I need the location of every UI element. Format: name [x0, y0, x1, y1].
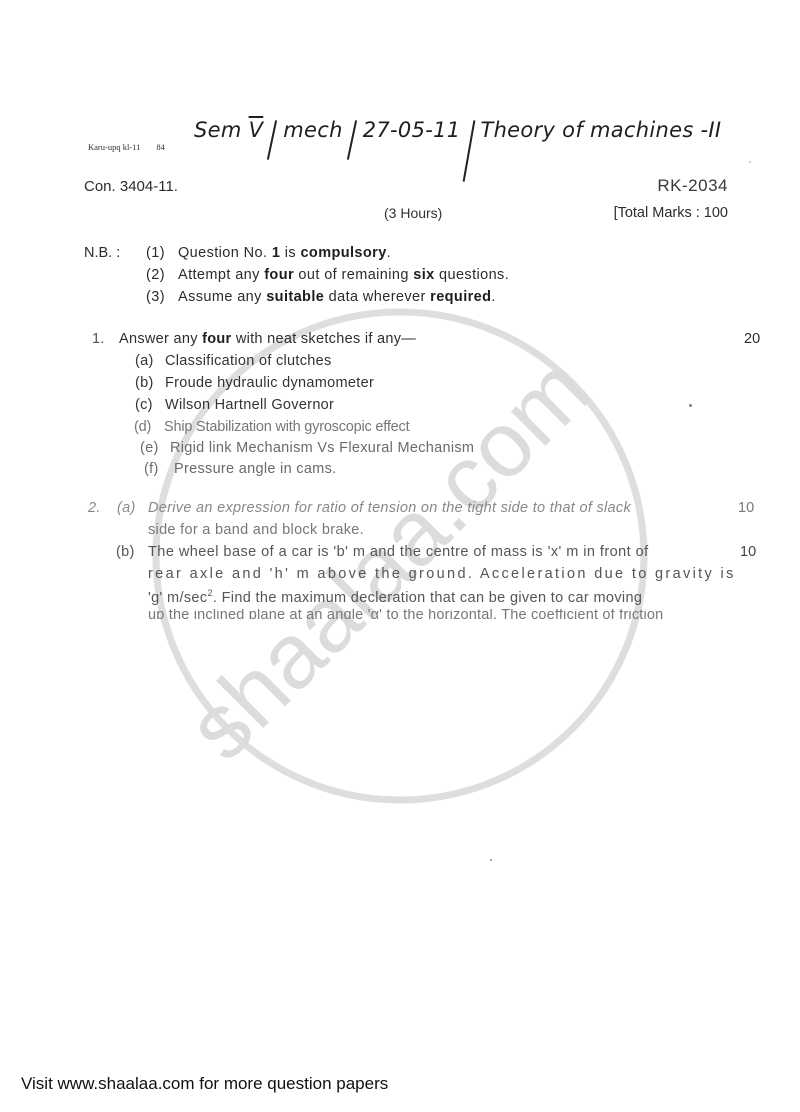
- paper-code: RK-2034: [657, 176, 728, 196]
- instruction-item: (1)Question No. 1 is compulsory.: [146, 245, 391, 261]
- question-2-number: 2.: [88, 500, 101, 516]
- question-1-part: (e)Rigid link Mechanism Vs Flexural Mech…: [140, 440, 474, 456]
- question-2b-index: (b): [116, 544, 135, 560]
- hand-semester: Sem V: [194, 118, 263, 142]
- part-text: Classification of clutches: [165, 353, 332, 369]
- question-2b-line-4-cropped: up the inclined plane at an angle 'α' to…: [148, 609, 738, 619]
- question-2b-line-2: rear axle and 'h' m above the ground. Ac…: [148, 566, 736, 582]
- scan-speck: [490, 859, 492, 861]
- part-text: Rigid link Mechanism Vs Flexural Mechani…: [170, 440, 474, 456]
- part-index: (f): [144, 461, 174, 477]
- question-2a-index: (a): [117, 500, 136, 516]
- instructions-label: N.B. :: [84, 245, 120, 261]
- part-index: (c): [135, 397, 165, 413]
- handwritten-annotation: Sem Vmech27-05-11Theory of machines -II: [194, 118, 725, 182]
- instruction-item: (2)Attempt any four out of remaining six…: [146, 267, 509, 283]
- code-number: 84: [156, 142, 165, 152]
- total-marks: [Total Marks : 100: [614, 205, 728, 221]
- question-1-part: (b)Froude hydraulic dynamometer: [135, 375, 374, 391]
- part-text: Pressure angle in cams.: [174, 461, 336, 477]
- document-code: Karu-upq kl-1184: [88, 142, 165, 152]
- hand-subject: Theory of machines -II: [480, 118, 721, 142]
- code-text: Karu-upq kl-11: [88, 142, 140, 152]
- question-1-part: (c)Wilson Hartnell Governor: [135, 397, 334, 413]
- hand-slash: [267, 120, 277, 160]
- scan-speck: [749, 161, 751, 163]
- instruction-index: (1): [146, 245, 178, 261]
- question-1-part: (a)Classification of clutches: [135, 353, 332, 369]
- question-2a-line-2: side for a band and block brake.: [148, 522, 364, 538]
- part-index: (a): [135, 353, 165, 369]
- hand-slash: [347, 120, 357, 160]
- question-1-part: (d)Ship Stabilization with gyroscopic ef…: [134, 419, 409, 435]
- part-text: Ship Stabilization with gyroscopic effec…: [164, 419, 409, 435]
- instruction-index: (2): [146, 267, 178, 283]
- hand-date: 27-05-11: [363, 118, 461, 142]
- con-number: Con. 3404-11.: [84, 178, 178, 195]
- part-index: (d): [134, 419, 164, 435]
- hand-slash: [463, 120, 476, 181]
- question-2b-line-3: 'g' m/sec2. Find the maximum decleration…: [148, 588, 642, 606]
- question-2a-marks: 10: [738, 500, 754, 516]
- instruction-index: (3): [146, 289, 178, 305]
- part-index: (b): [135, 375, 165, 391]
- scan-speck: [689, 404, 692, 407]
- question-2a-line-1: Derive an expression for ratio of tensio…: [148, 500, 631, 516]
- question-1-marks: 20: [744, 331, 760, 347]
- question-2b-marks: 10: [740, 544, 756, 560]
- question-2b-line-1: The wheel base of a car is 'b' m and the…: [148, 544, 649, 560]
- footer-link-text[interactable]: Visit www.shaalaa.com for more question …: [21, 1074, 388, 1094]
- part-index: (e): [140, 440, 170, 456]
- question-1-prompt: 1.Answer any four with neat sketches if …: [92, 331, 416, 347]
- exam-duration: (3 Hours): [384, 205, 442, 221]
- hand-branch: mech: [283, 118, 342, 142]
- question-1-part: (f)Pressure angle in cams.: [144, 461, 336, 477]
- part-text: Wilson Hartnell Governor: [165, 397, 334, 413]
- instruction-item: (3)Assume any suitable data wherever req…: [146, 289, 496, 305]
- part-text: Froude hydraulic dynamometer: [165, 375, 374, 391]
